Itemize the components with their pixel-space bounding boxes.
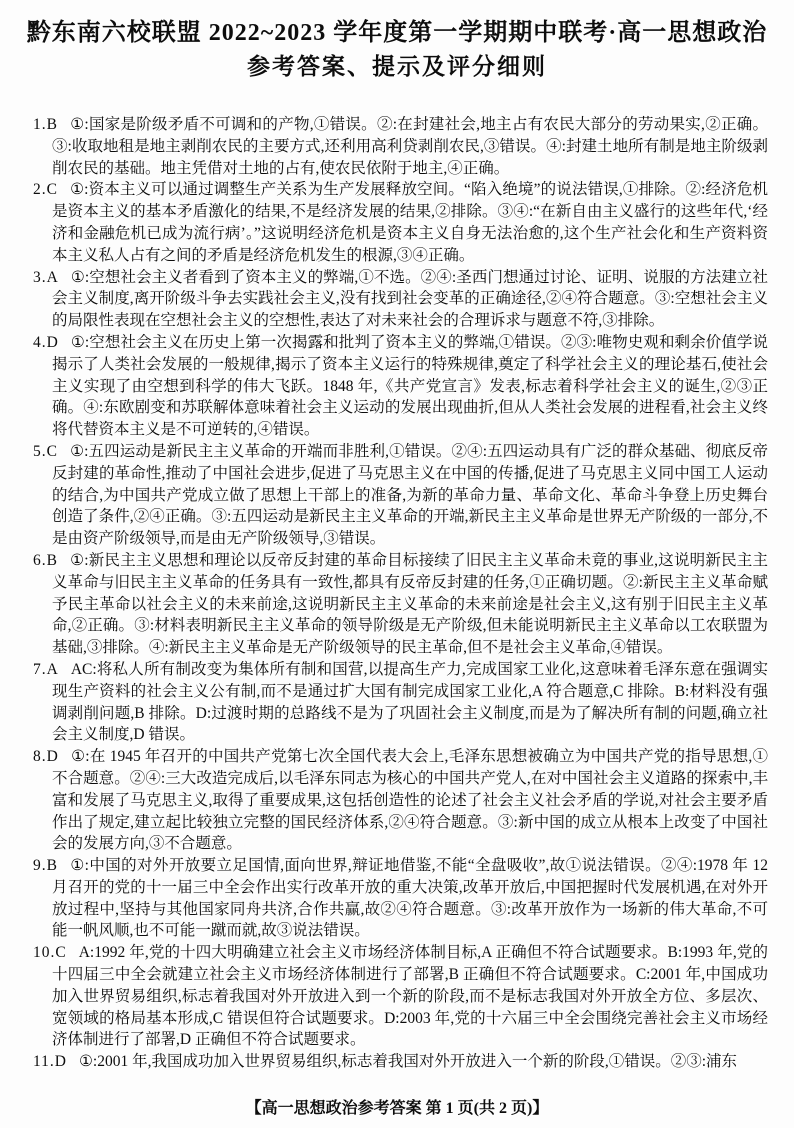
answer-number: 2.C [33, 181, 58, 198]
answer-item-7: 7.AAC:将私人所有制改变为集体所有制和国营,以提高生产力,完成国家工业化,这… [30, 659, 768, 746]
answer-number: 6.B [33, 552, 58, 569]
answer-text: ①:新民主主义思想和理论以反帝反封建的革命目标接续了旧民主主义革命未竟的事业,这… [52, 552, 768, 656]
answers-list: 1.B①:国家是阶级矛盾不可调和的产物,①错误。②:在封建社会,地主占有农民大部… [0, 114, 794, 1076]
answer-number: 9.B [33, 857, 58, 874]
answer-item-9: 9.B①:中国的对外开放要立足国情,面向世界,辩证地借鉴,不能“全盘吸收”,故①… [30, 855, 768, 942]
page-subtitle: 参考答案、提示及评分细则 [0, 50, 794, 84]
answer-number: 11.D [33, 1053, 67, 1070]
answer-number: 1.B [33, 116, 58, 133]
answer-number: 8.D [33, 748, 59, 765]
answer-number: 4.D [33, 334, 59, 351]
answer-text: ①:空想社会主义在历史上第一次揭露和批判了资本主义的弊端,①错误。②③:唯物史观… [52, 334, 768, 438]
answer-item-10: 10.CA:1992 年,党的十四大明确建立社会主义市场经济体制目标,A 正确但… [30, 942, 768, 1051]
answer-text: A:1992 年,党的十四大明确建立社会主义市场经济体制目标,A 正确但不符合试… [52, 944, 768, 1048]
answer-item-6: 6.B①:新民主主义思想和理论以反帝反封建的革命目标接续了旧民主主义革命未竟的事… [30, 550, 768, 659]
answer-item-8: 8.D①:在 1945 年召开的中国共产党第七次全国代表大会上,毛泽东思想被确立… [30, 746, 768, 855]
answer-item-1: 1.B①:国家是阶级矛盾不可调和的产物,①错误。②:在封建社会,地主占有农民大部… [30, 114, 768, 179]
page-footer: 【高一思想政治参考答案 第 1 页(共 2 页)】 [0, 1091, 794, 1118]
page-header: 黔东南六校联盟 2022~2023 学年度第一学期期中联考·高一思想政治 参考答… [0, 0, 794, 84]
answer-key-page: 黔东南六校联盟 2022~2023 学年度第一学期期中联考·高一思想政治 参考答… [0, 0, 794, 1128]
answer-text: ①:2001 年,我国成功加入世界贸易组织,标志着我国对外开放进入一个新的阶段,… [79, 1053, 737, 1070]
answer-number: 5.C [33, 443, 58, 460]
answer-number: 3.A [33, 269, 59, 286]
answer-number: 10.C [33, 944, 67, 961]
answer-number: 7.A [33, 661, 59, 678]
answer-text: ①:五四运动是新民主主义革命的开端而非胜利,①错误。②④:五四运动具有广泛的群众… [52, 443, 768, 547]
answer-text: ①:空想社会主义者看到了资本主义的弊端,①不选。②④:圣西门想通过讨论、证明、说… [52, 269, 768, 330]
answer-item-11: 11.D①:2001 年,我国成功加入世界贸易组织,标志着我国对外开放进入一个新… [30, 1051, 768, 1073]
answer-text: AC:将私人所有制改变为集体所有制和国营,以提高生产力,完成国家工业化,这意味着… [52, 661, 768, 743]
answer-item-2: 2.C①:资本主义可以通过调整生产关系为生产发展释放空间。“陷入绝境”的说法错误… [30, 179, 768, 266]
answer-item-5: 5.C①:五四运动是新民主主义革命的开端而非胜利,①错误。②④:五四运动具有广泛… [30, 441, 768, 550]
answer-item-3: 3.A①:空想社会主义者看到了资本主义的弊端,①不选。②④:圣西门想通过讨论、证… [30, 267, 768, 332]
page-title: 黔东南六校联盟 2022~2023 学年度第一学期期中联考·高一思想政治 [0, 16, 794, 50]
answer-text: ①:国家是阶级矛盾不可调和的产物,①错误。②:在封建社会,地主占有农民大部分的劳… [52, 116, 768, 177]
answer-text: ①:资本主义可以通过调整生产关系为生产发展释放空间。“陷入绝境”的说法错误,①排… [52, 181, 768, 263]
answer-text: ①:中国的对外开放要立足国情,面向世界,辩证地借鉴,不能“全盘吸收”,故①说法错… [52, 857, 768, 939]
answer-item-4: 4.D①:空想社会主义在历史上第一次揭露和批判了资本主义的弊端,①错误。②③:唯… [30, 332, 768, 441]
answer-text: ①:在 1945 年召开的中国共产党第七次全国代表大会上,毛泽东思想被确立为中国… [52, 748, 768, 852]
